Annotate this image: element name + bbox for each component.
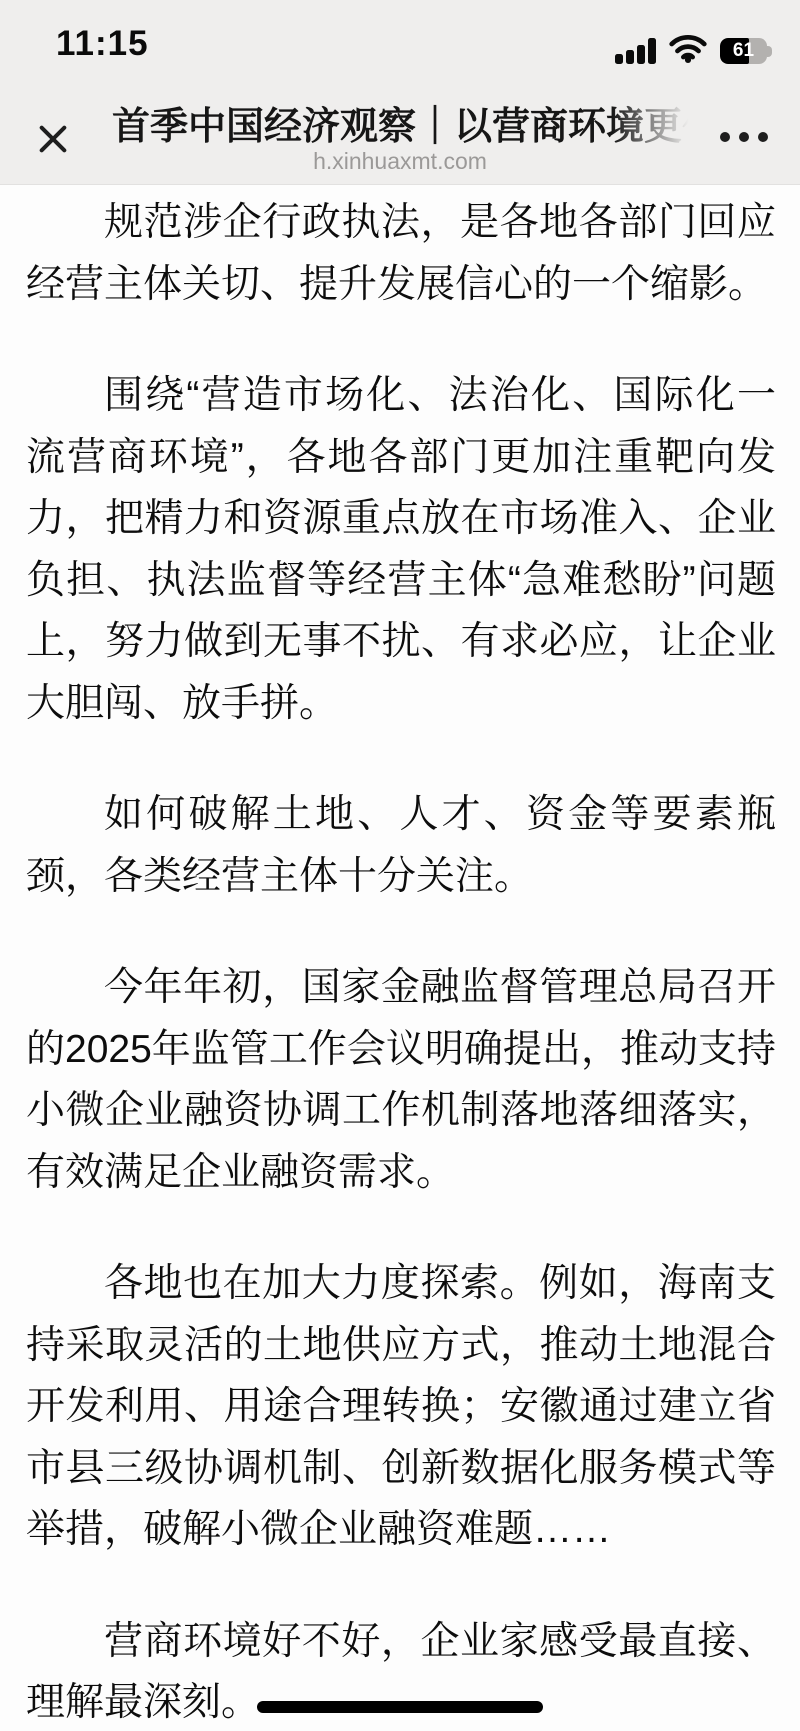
- more-menu-icon[interactable]: [720, 126, 768, 148]
- article-paragraph: 围绕“营造市场化、法治化、国际化一流营商环境”，各地各部门更加注重靶向发力，把精…: [26, 365, 776, 734]
- article-paragraph: 如何破解土地、人才、资金等要素瓶颈，各类经营主体十分关注。: [26, 784, 776, 907]
- status-bar: 11:15 61: [0, 0, 800, 90]
- browser-header: 首季中国经济观察｜以营商环境更优 h.xinhuaxmt.com: [0, 90, 800, 185]
- wifi-icon: [669, 35, 707, 63]
- battery-percent: 61: [720, 38, 767, 64]
- battery-cap: [767, 46, 772, 57]
- status-icons: 61: [615, 37, 772, 64]
- status-time: 11:15: [56, 24, 149, 64]
- cellular-signal-icon: [615, 38, 656, 64]
- article-paragraph: 今年年初，国家金融监督管理总局召开的2025年监管工作会议明确提出，推动支持小微…: [26, 957, 776, 1203]
- home-indicator[interactable]: [257, 1701, 543, 1713]
- battery-icon: 61: [720, 38, 772, 64]
- phone-chrome: 11:15 61 首季中国经济观察｜以营商环境更优: [0, 0, 800, 185]
- article-paragraph: 规范涉企行政执法，是各地各部门回应经营主体关切、提升发展信心的一个缩影。: [26, 192, 776, 315]
- page-title-container: 首季中国经济观察｜以营商环境更优: [112, 102, 702, 152]
- article-paragraph: 各地也在加大力度探索。例如，海南支持采取灵活的土地供应方式，推动土地混合开发利用…: [26, 1253, 776, 1561]
- title-fade-overlay: [612, 102, 702, 152]
- page-url: h.xinhuaxmt.com: [0, 148, 800, 175]
- article-body[interactable]: 规范涉企行政执法，是各地各部门回应经营主体关切、提升发展信心的一个缩影。 围绕“…: [0, 185, 800, 1731]
